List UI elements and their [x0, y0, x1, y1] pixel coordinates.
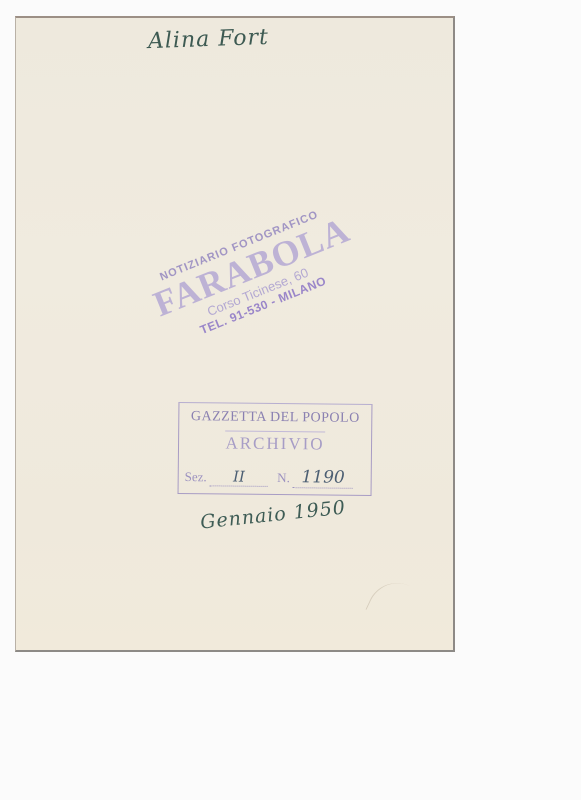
- archive-stamp-department: ARCHIVIO: [225, 430, 324, 454]
- archive-stamp-fields: Sez. II N. 1190: [185, 466, 365, 489]
- section-label: Sez.: [185, 469, 207, 484]
- handwritten-name: Alina Fort: [148, 25, 270, 54]
- archive-stamp-publication: GAZZETTA DEL POPOLO: [179, 409, 371, 427]
- number-value: 1190: [301, 467, 344, 487]
- number-label: N.: [277, 470, 290, 485]
- section-value: II: [233, 468, 245, 486]
- archive-stamp: GAZZETTA DEL POPOLO ARCHIVIO Sez. II N. …: [178, 402, 373, 496]
